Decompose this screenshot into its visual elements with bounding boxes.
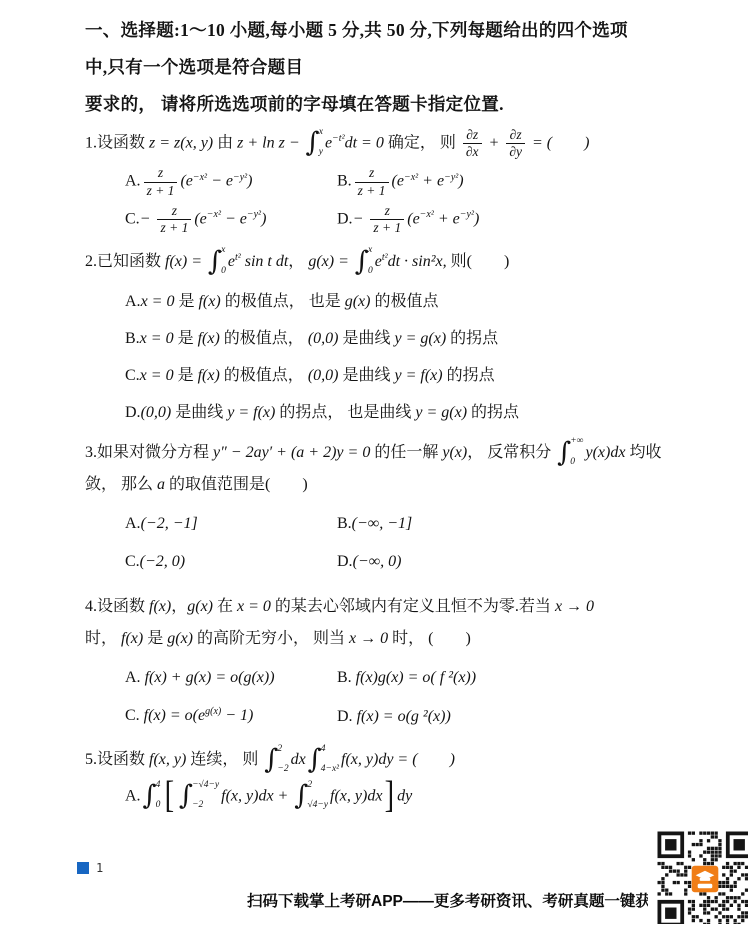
question-2-stem: 2.已知函数 f(x) = ∫x0et² sin t dt， g(x) = ∫x… (85, 246, 705, 280)
question-4-options-row-1: A. f(x) + g(x) = o(g(x)) B. f(x)g(x) = o… (125, 663, 705, 693)
question-1: 1.设函数 z = z(x, y) 由 z + ln z − ∫xye−t²dt… (85, 127, 705, 236)
page-number-marker: 1 (77, 861, 103, 875)
question-3-option-a: A.(−2, −1] (125, 509, 337, 539)
qr-code (648, 822, 748, 924)
question-4-option-b: B. f(x)g(x) = o( f ²(x)) (337, 663, 476, 693)
question-4: 4.设函数 f(x)，g(x) 在 x = 0 的某去心邻域内有定义且恒不为零.… (85, 591, 705, 733)
question-3-options-row-2: C.(−2, 0) D.(−∞, 0) (125, 547, 705, 577)
question-1-stem: 1.设函数 z = z(x, y) 由 z + ln z − ∫xye−t²dt… (85, 127, 705, 161)
question-5-stem: 5.设函数 f(x, y) 连续， 则 ∫2−2dx∫44−x²f(x, y)d… (85, 744, 705, 776)
question-5-options-row-1: A.∫40[∫−√4−y−2f(x, y)dx + ∫2√4−yf(x, y)d… (125, 781, 705, 813)
question-4-stem-line-2: 时， f(x) 是 g(x) 的高阶无穷小， 则当 x → 0 时， ( ) (85, 623, 705, 655)
question-4-option-a: A. f(x) + g(x) = o(g(x)) (125, 663, 337, 693)
question-1-options-row-1: A.zz + 1(e−x² − e−y²) B.zz + 1(e−x² + e−… (125, 165, 705, 198)
question-2-options-row-2: B.x = 0 是 f(x) 的极值点， (0,0) 是曲线 y = g(x) … (125, 324, 705, 354)
question-3-option-c: C.(−2, 0) (125, 547, 337, 577)
question-1-option-b: B.zz + 1(e−x² + e−y²) (337, 165, 464, 198)
question-4-option-d: D. f(x) = o(g ²(x)) (337, 702, 451, 732)
question-2-option-d: D.(0,0) 是曲线 y = f(x) 的拐点， 也是曲线 y = g(x) … (125, 398, 519, 428)
page-content: 一、选择题:1～10 小题,每小题 5 分,共 50 分,下列每题给出的四个选项… (85, 12, 705, 813)
question-3-options-row-1: A.(−2, −1] B.(−∞, −1] (125, 509, 705, 539)
question-2-option-a: A.x = 0 是 f(x) 的极值点， 也是 g(x) 的极值点 (125, 287, 438, 317)
page-number-square-icon (77, 862, 89, 874)
question-4-stem-line-1: 4.设函数 f(x)，g(x) 在 x = 0 的某去心邻域内有定义且恒不为零.… (85, 591, 705, 623)
question-4-options-row-2: C. f(x) = o(eg(x) − 1) D. f(x) = o(g ²(x… (125, 701, 705, 733)
heading-line-1: 一、选择题:1～10 小题,每小题 5 分,共 50 分,下列每题给出的四个选项 (85, 12, 705, 49)
question-3-stem-line-1: 3.如果对微分方程 y″ − 2ay′ + (a + 2)y = 0 的任一解 … (85, 437, 705, 469)
question-3-option-b: B.(−∞, −1] (337, 509, 412, 539)
heading-line-2: 中,只有一个选项是符合题目 (85, 49, 705, 86)
question-2-options-row-1: A.x = 0 是 f(x) 的极值点， 也是 g(x) 的极值点 (125, 287, 705, 317)
question-1-option-c: C.− zz + 1(e−x² − e−y²) (125, 203, 337, 236)
section-heading: 一、选择题:1～10 小题,每小题 5 分,共 50 分,下列每题给出的四个选项… (85, 12, 705, 123)
question-2-options-row-3: C.x = 0 是 f(x) 的极值点， (0,0) 是曲线 y = f(x) … (125, 361, 705, 391)
question-2-option-b: B.x = 0 是 f(x) 的极值点， (0,0) 是曲线 y = g(x) … (125, 324, 498, 354)
question-1-option-d: D.− zz + 1(e−x² + e−y²) (337, 203, 479, 236)
question-5-option-a: A.∫40[∫−√4−y−2f(x, y)dx + ∫2√4−yf(x, y)d… (125, 781, 412, 813)
question-4-option-c: C. f(x) = o(eg(x) − 1) (125, 701, 337, 733)
question-1-options-row-2: C.− zz + 1(e−x² − e−y²) D.− zz + 1(e−x² … (125, 203, 705, 236)
question-2-options-row-4: D.(0,0) 是曲线 y = f(x) 的拐点， 也是曲线 y = g(x) … (125, 398, 705, 428)
page-number: 1 (96, 861, 103, 875)
question-3-option-d: D.(−∞, 0) (337, 547, 401, 577)
question-3: 3.如果对微分方程 y″ − 2ay′ + (a + 2)y = 0 的任一解 … (85, 437, 705, 577)
footer-promo-text: 扫码下载掌上考研APP——更多考研资讯、考研真题一键获取 (247, 889, 667, 911)
question-1-option-a: A.zz + 1(e−x² − e−y²) (125, 165, 337, 198)
question-2-option-c: C.x = 0 是 f(x) 的极值点， (0,0) 是曲线 y = f(x) … (125, 361, 495, 391)
question-5: 5.设函数 f(x, y) 连续， 则 ∫2−2dx∫44−x²f(x, y)d… (85, 744, 705, 812)
question-3-stem-line-2: 敛， 那么 a 的取值范围是( ) (85, 469, 705, 501)
question-2: 2.已知函数 f(x) = ∫x0et² sin t dt， g(x) = ∫x… (85, 246, 705, 428)
heading-line-3: 要求的， 请将所选选项前的字母填在答题卡指定位置. (85, 86, 705, 123)
